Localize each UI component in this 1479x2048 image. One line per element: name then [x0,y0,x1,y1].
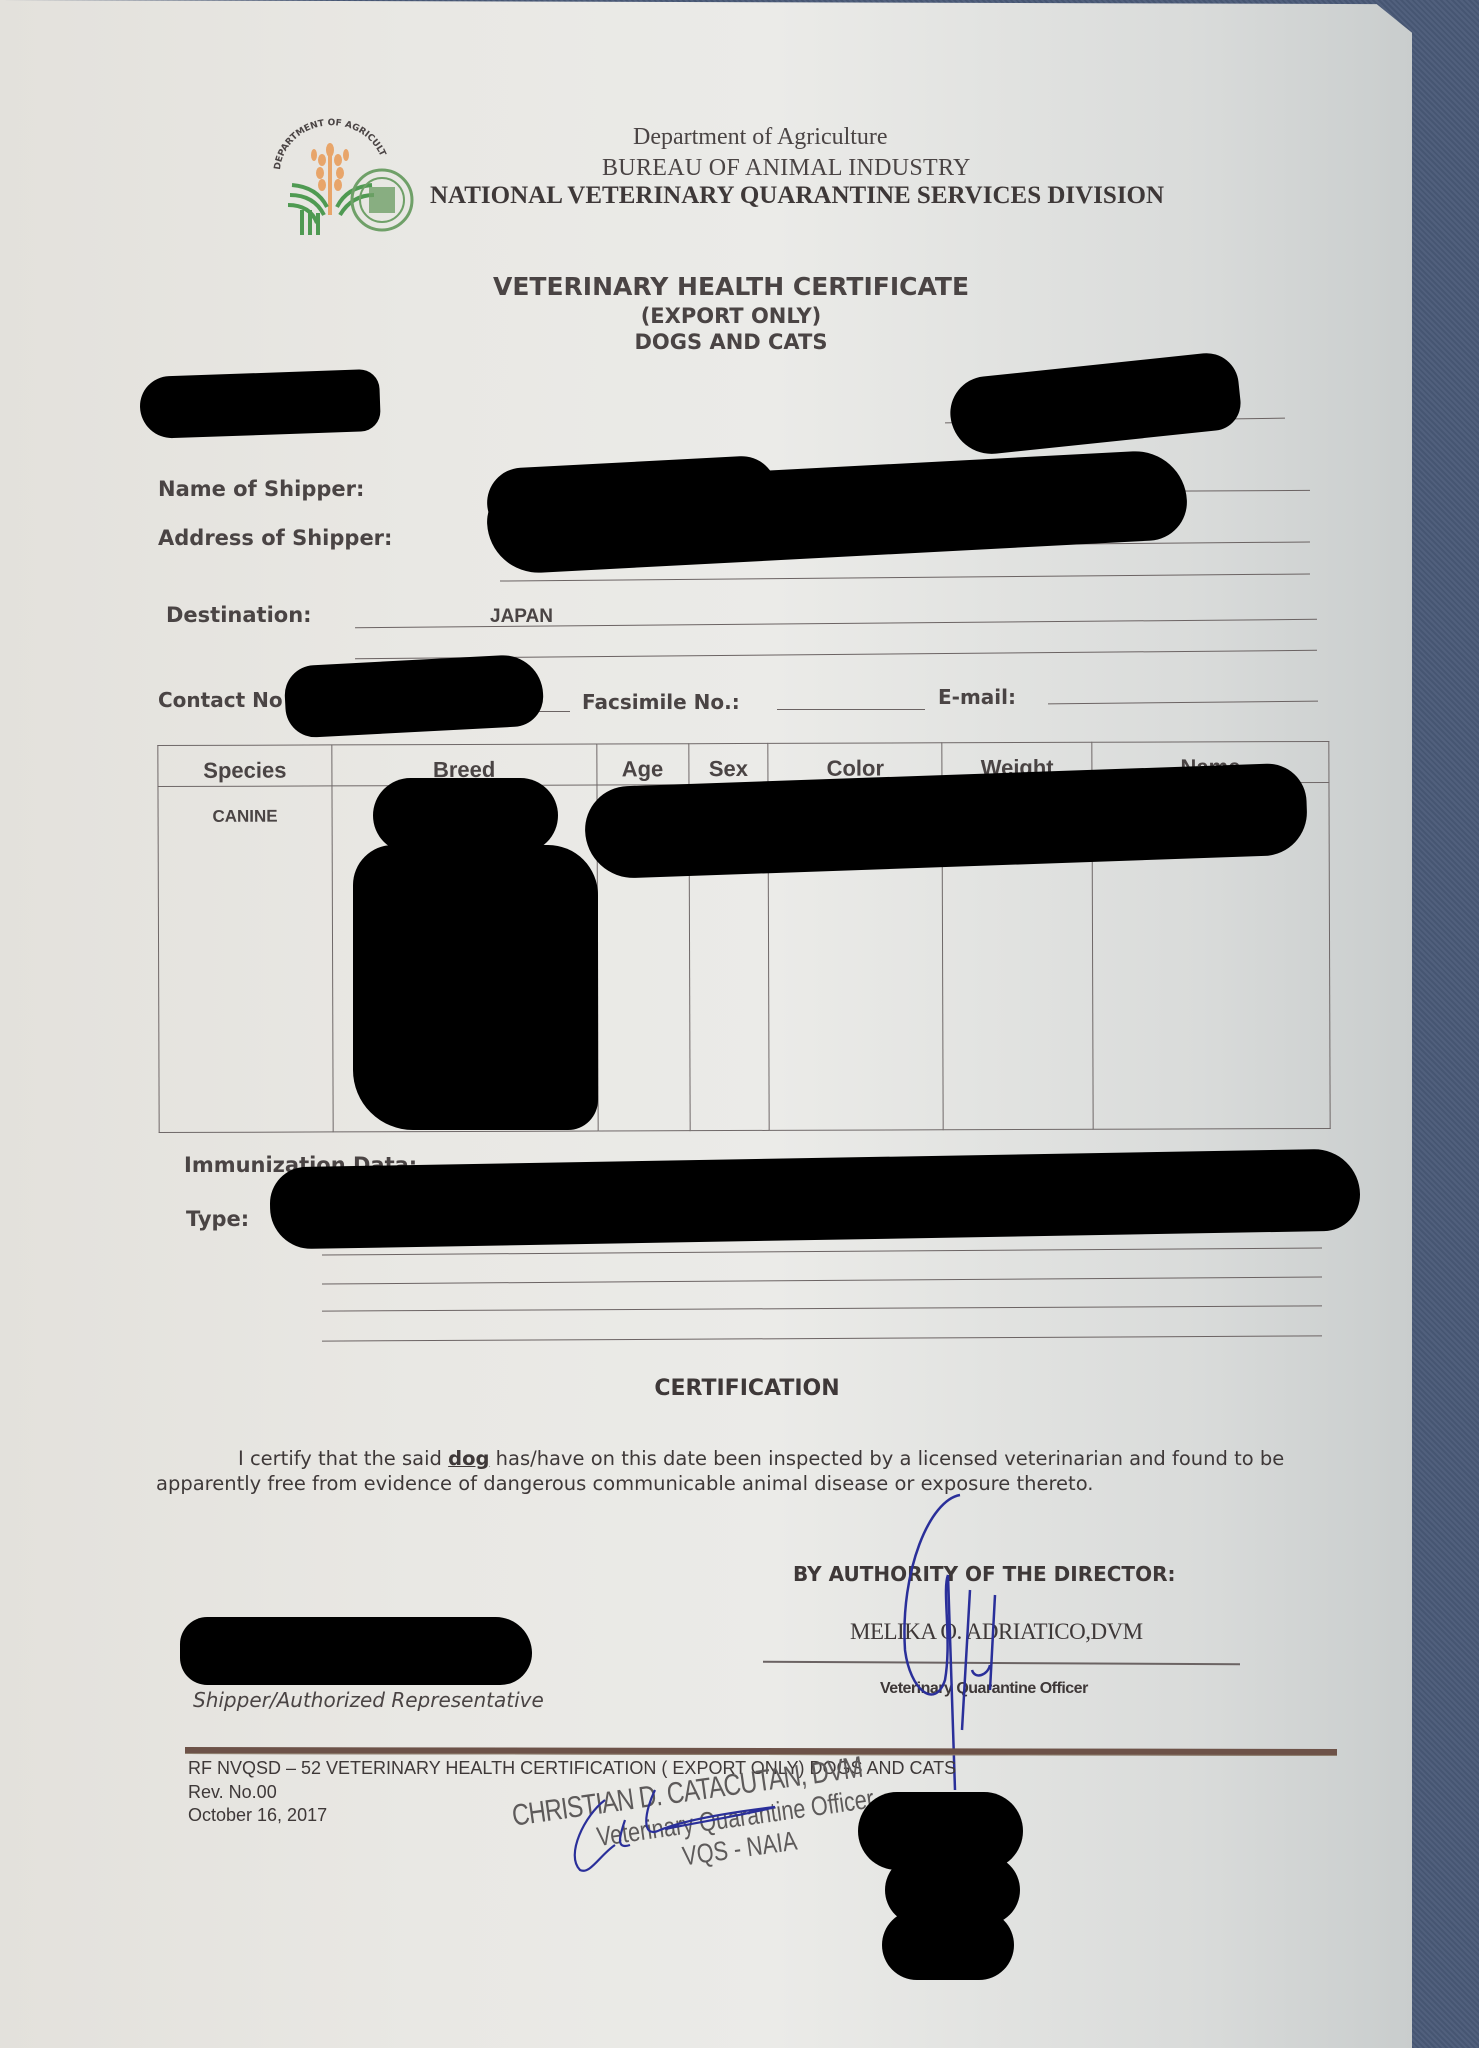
certificate-scope: DOGS AND CATS [0,330,1462,354]
certified-animal: dog [448,1447,489,1470]
contact-label: Contact No [158,688,283,712]
certification-text-start: I certify that the said [238,1447,448,1470]
bureau-name: BUREAU OF ANIMAL INDUSTRY [602,155,971,182]
form-date: October 16, 2017 [188,1805,327,1826]
column-header-species: Species [158,745,332,787]
shipper-name-label: Name of Shipper: [158,477,364,501]
email-label: E-mail: [938,685,1016,709]
fax-line [777,709,925,710]
division-name: NATIONAL VETERINARY QUARANTINE SERVICES … [430,182,1164,210]
column-header-age: Age [596,744,688,785]
cell-species: CANINE [158,786,333,1133]
redacted-breed-detail [353,845,598,1130]
redacted-shipper-signature [180,1617,532,1685]
certification-text: I certify that the said dog has/have on … [156,1446,1364,1497]
redacted-stamp-detail-3 [882,1910,1014,1980]
form-revision: Rev. No.00 [188,1782,277,1803]
shipper-address-label: Address of Shipper: [158,526,392,550]
fax-label: Facsimile No.: [582,690,740,714]
column-header-sex: Sex [688,743,768,784]
officer-signature-icon [880,1490,1020,1770]
department-of-agriculture-logo-icon: DEPARTMENT OF AGRICULTURE [262,115,422,235]
certification-heading: CERTIFICATION [0,1376,1479,1401]
redacted-breed [373,778,558,853]
stamp-signature-icon [545,1785,805,1885]
certificate-title: VETERINARY HEALTH CERTIFICATE [0,272,1462,301]
certificate-subtitle: (EXPORT ONLY) [0,304,1462,328]
destination-label: Destination: [166,603,312,627]
immunization-type-label: Type: [186,1207,249,1231]
redacted-contact-number [283,653,544,738]
redacted-certificate-number [139,369,381,439]
shipper-signature-caption: Shipper/Authorized Representative [193,1688,544,1712]
agency-name: Department of Agriculture [633,124,888,151]
